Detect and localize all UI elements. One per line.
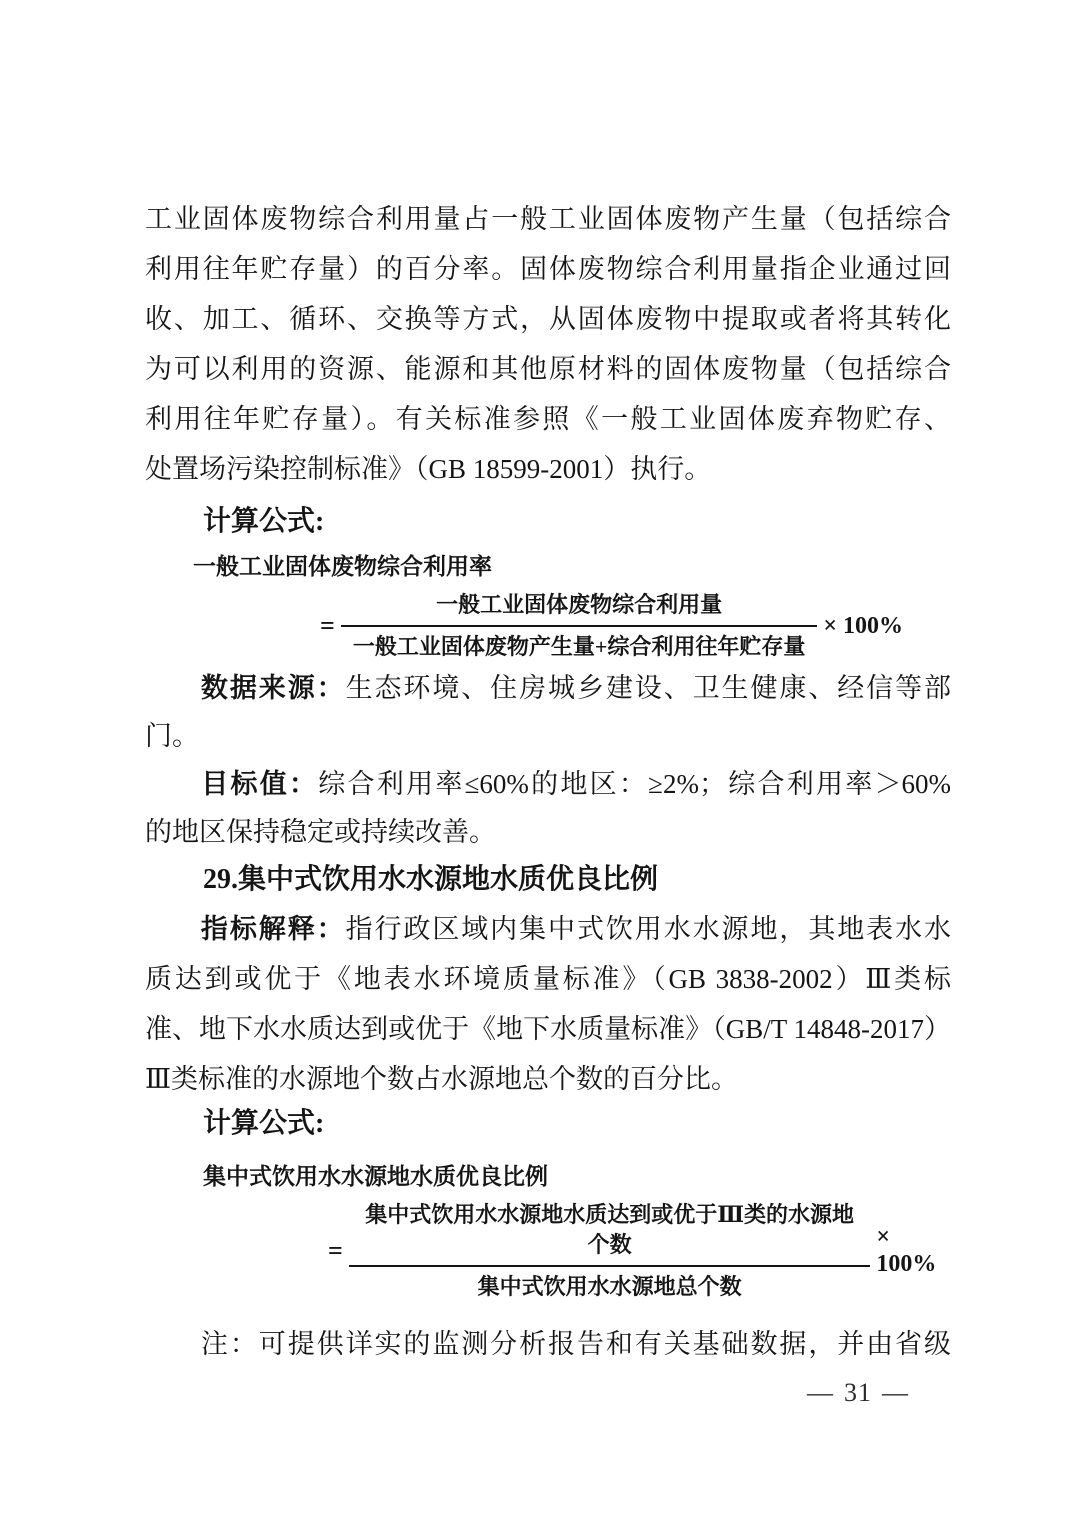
definition-line: 收、加工、循环、交换等方式，从固体废物中提取或者将其转化 [145, 294, 951, 344]
label-colon: ： [317, 914, 346, 944]
calc-formula-heading-29: 计算公式: [145, 1104, 951, 1144]
label-colon: ： [230, 1329, 259, 1359]
target-value-text: 综合利用率≤60%的地区：≥2%；综合利用率＞60% [318, 769, 951, 799]
indicator-explanation-paragraph: 指标解释：指行政区域内集中式饮用水水源地，其地表水水 质达到或优于《地表水环境质… [145, 904, 951, 1104]
definition-line: 利用往年贮存量）的百分率。固体废物综合利用量指企业通过回 [145, 244, 951, 294]
formula-industrial-solid-waste: = 一般工业固体废物综合利用量 一般工业固体废物产生量+综合利用往年贮存量 × … [320, 588, 951, 664]
explanation-line-last: Ⅲ类标准的水源地个数占水源地总个数的百分比。 [145, 1054, 951, 1104]
explanation-label: 指标解释 [199, 914, 317, 944]
definition-line-last: 处置场污染控制标准》（GB 18599-2001）执行。 [145, 444, 951, 494]
calc-formula-heading-28: 计算公式: [145, 502, 951, 542]
fraction: 集中式饮用水水源地水质达到或优于Ⅲ类的水源地个数 集中式饮用水水源地总个数 [349, 1198, 871, 1304]
equals-sign: = [328, 1236, 343, 1266]
note-label: 注 [199, 1329, 230, 1359]
definition-line: 利用往年贮存量）。有关标准参照《一般工业固体废弃物贮存、 [145, 394, 951, 444]
indicator-29-heading: 29.集中式饮用水水源地水质优良比例 [145, 856, 951, 904]
fraction: 一般工业固体废物综合利用量 一般工业固体废物产生量+综合利用往年贮存量 [341, 588, 818, 664]
page-number-dash-right: — [882, 1378, 909, 1407]
target-value-label: 目标值 [199, 769, 289, 799]
formula-label-28: 一般工业固体废物综合利用率 [145, 550, 951, 584]
label-colon: ： [317, 673, 346, 703]
fraction-numerator: 集中式饮用水水源地水质达到或优于Ⅲ类的水源地个数 [349, 1198, 871, 1265]
page-number: —31— [145, 1376, 951, 1410]
data-source-line-cont: 门。 [145, 712, 951, 760]
target-value-line: 目标值：综合利用率≤60%的地区：≥2%；综合利用率＞60% [145, 760, 951, 808]
definition-line: 为可以利用的资源、能源和其他原材料的固体废物量（包括综合 [145, 344, 951, 394]
data-source-text: 生态环境、住房城乡建设、卫生健康、经信等部 [346, 673, 951, 703]
page-number-value: 31 [844, 1378, 872, 1407]
definition-paragraph: 工业固体废物综合利用量占一般工业固体废物产生量（包括综合 利用往年贮存量）的百分… [145, 194, 951, 494]
explanation-line: 质达到或优于《地表水环境质量标准》（GB 3838-2002）Ⅲ类标 [145, 954, 951, 1004]
fraction-denominator: 一般工业固体废物产生量+综合利用往年贮存量 [341, 625, 818, 664]
explanation-line: 指标解释：指行政区域内集中式饮用水水源地，其地表水水 [145, 904, 951, 954]
target-value-paragraph: 目标值：综合利用率≤60%的地区：≥2%；综合利用率＞60% 的地区保持稳定或持… [145, 760, 951, 856]
multiply-100-percent: × 100% [823, 613, 903, 640]
formula-label-29: 集中式饮用水水源地水质优良比例 [145, 1160, 951, 1194]
explanation-line: 准、地下水水质达到或优于《地下水质量标准》（GB/T 14848-2017） [145, 1004, 951, 1054]
data-source-paragraph: 数据来源：生态环境、住房城乡建设、卫生健康、经信等部 门。 [145, 664, 951, 760]
note-line: 注：可提供详实的监测分析报告和有关基础数据，并由省级 [145, 1320, 951, 1368]
data-source-label: 数据来源 [199, 673, 317, 703]
fraction-numerator: 一般工业固体废物综合利用量 [341, 588, 818, 625]
document-page: 工业固体废物综合利用量占一般工业固体废物产生量（包括综合 利用往年贮存量）的百分… [145, 0, 951, 1410]
formula-drinking-water-quality: = 集中式饮用水水源地水质达到或优于Ⅲ类的水源地个数 集中式饮用水水源地总个数 … [328, 1198, 951, 1304]
fraction-denominator: 集中式饮用水水源地总个数 [349, 1265, 871, 1304]
multiply-100-percent: × 100% [876, 1224, 951, 1278]
data-source-line: 数据来源：生态环境、住房城乡建设、卫生健康、经信等部 [145, 664, 951, 712]
note-text: 可提供详实的监测分析报告和有关基础数据，并由省级 [259, 1329, 951, 1359]
equals-sign: = [320, 611, 335, 641]
explanation-text: 指行政区域内集中式饮用水水源地，其地表水水 [346, 914, 951, 944]
target-value-line-cont: 的地区保持稳定或持续改善。 [145, 808, 951, 856]
page-number-dash-left: — [807, 1378, 834, 1407]
label-colon: ： [289, 769, 318, 799]
definition-line: 工业固体废物综合利用量占一般工业固体废物产生量（包括综合 [145, 194, 951, 244]
